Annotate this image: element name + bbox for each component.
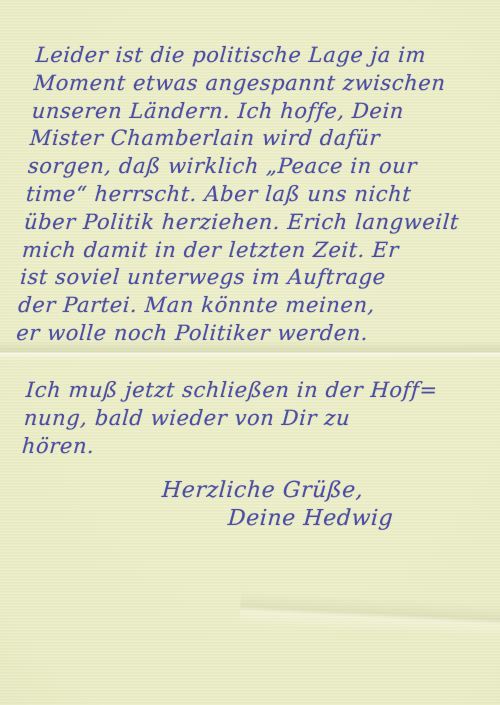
fold-crease-diagonal: [239, 591, 500, 640]
handwritten-line: Mister Chamberlain wird dafür: [29, 125, 466, 153]
handwritten-line: Ich muß jetzt schließen in der Hoff=: [25, 376, 439, 404]
closing-salutation: Herzliche Grüße,: [161, 478, 364, 503]
handwritten-line: über Politik herziehen. Erich langweilt: [23, 209, 460, 237]
handwritten-line: sorgen, daß wirklich „Peace in our: [27, 153, 464, 181]
handwritten-line: nung, bald wieder von Dir zu: [23, 404, 437, 432]
letter-paragraph-2: Ich muß jetzt schließen in der Hoff= nun…: [21, 376, 439, 459]
handwritten-line: mich damit in der letzten Zeit. Er: [21, 237, 458, 265]
handwritten-line: time“ herrscht. Aber laß uns nicht: [25, 181, 462, 209]
handwritten-line: hören.: [21, 432, 435, 460]
handwritten-line: der Partei. Man könnte meinen,: [17, 292, 454, 320]
handwritten-line: unseren Ländern. Ich hoffe, Dein: [31, 98, 468, 126]
handwritten-line: Leider ist die politische Lage ja im: [35, 42, 472, 70]
letter-scan-page: Leider ist die politische Lage ja im Mom…: [0, 0, 500, 705]
handwritten-line: ist soviel unterwegs im Auftrage: [19, 264, 456, 292]
handwritten-line: Moment etwas angespannt zwischen: [33, 70, 470, 98]
letter-paragraph-1: Leider ist die politische Lage ja im Mom…: [15, 42, 471, 348]
signature-name: Deine Hedwig: [227, 506, 394, 531]
handwritten-line: er wolle noch Politiker werden.: [15, 320, 452, 348]
